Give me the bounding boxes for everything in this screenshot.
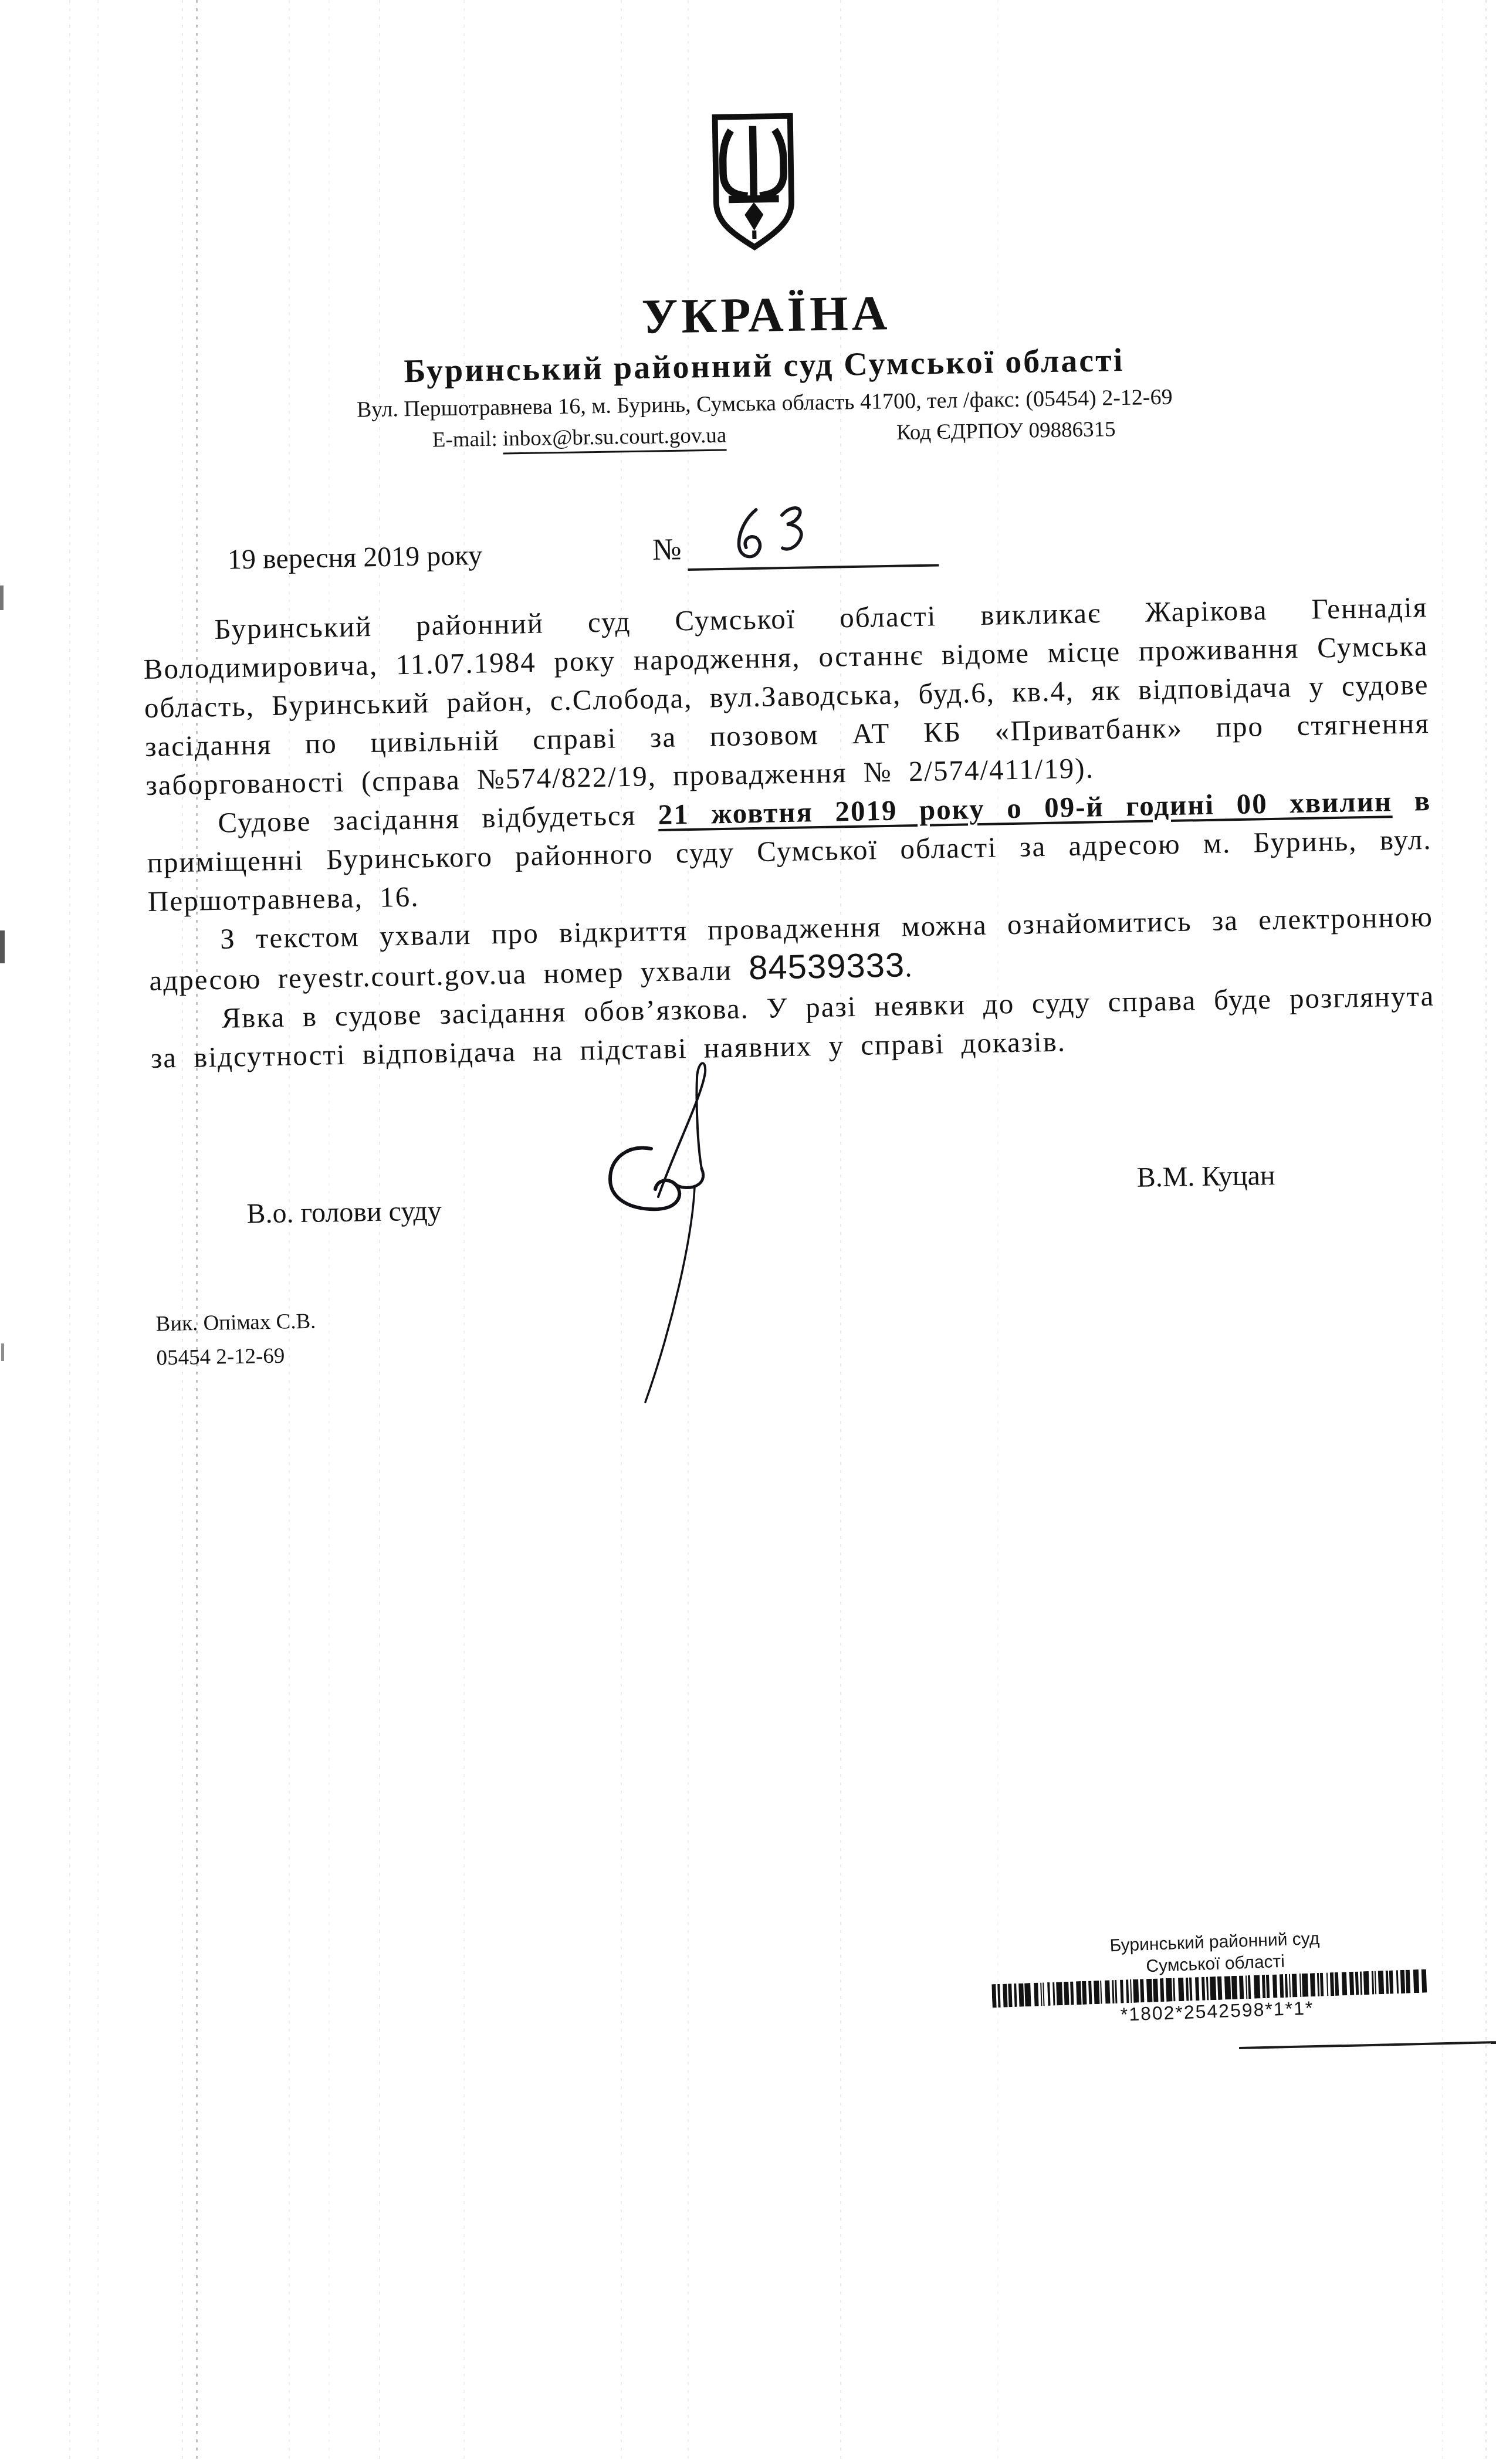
barcode-stamp: Буринський районний суд Сумської області… xyxy=(990,1924,1442,2030)
signer-role: В.о. голови суду xyxy=(246,1194,442,1230)
edrpou-code: Код ЄДРПОУ 09886315 xyxy=(896,417,1116,445)
scanned-court-summons-page: УКРАЇНА Буринський районний суд Сумської… xyxy=(0,0,1496,2464)
ruling-number: 84539333 xyxy=(749,946,905,987)
ukraine-trident-emblem-icon xyxy=(700,108,807,256)
paragraph-summons: Буринський районний суд Сумської області… xyxy=(143,588,1431,805)
executor-name: Вик. Опімах С.В. xyxy=(155,1305,316,1342)
document-body: Буринський районний суд Сумської області… xyxy=(143,588,1436,1078)
scan-edge-line xyxy=(1239,2041,1496,2049)
email-address: inbox@br.su.court.gov.ua xyxy=(503,424,727,455)
handwritten-number-icon xyxy=(725,502,826,574)
handwritten-signature-icon xyxy=(557,1044,792,1408)
email-label: E-mail: xyxy=(432,427,498,452)
number-sign: № xyxy=(652,532,682,567)
email-line: E-mail: inbox@br.su.court.gov.ua xyxy=(432,423,727,453)
hearing-tail: в xyxy=(1392,784,1431,817)
date-number-row: 19 вересня 2019 року № xyxy=(146,510,1426,597)
executor-phone: 05454 2-12-69 xyxy=(156,1339,317,1376)
executor-block: Вик. Опімах С.В. 05454 2-12-69 xyxy=(155,1305,317,1376)
document-date: 19 вересня 2019 року xyxy=(228,539,483,576)
signer-name: В.М. Куцан xyxy=(1136,1159,1275,1194)
registry-post: . xyxy=(905,950,913,983)
letterhead: УКРАЇНА Буринський районний суд Сумської… xyxy=(0,97,1496,459)
paragraph-hearing: Судове засідання відбудеться 21 жовтня 2… xyxy=(146,781,1433,921)
hearing-pre: Судове засідання відбудеться xyxy=(218,798,658,839)
